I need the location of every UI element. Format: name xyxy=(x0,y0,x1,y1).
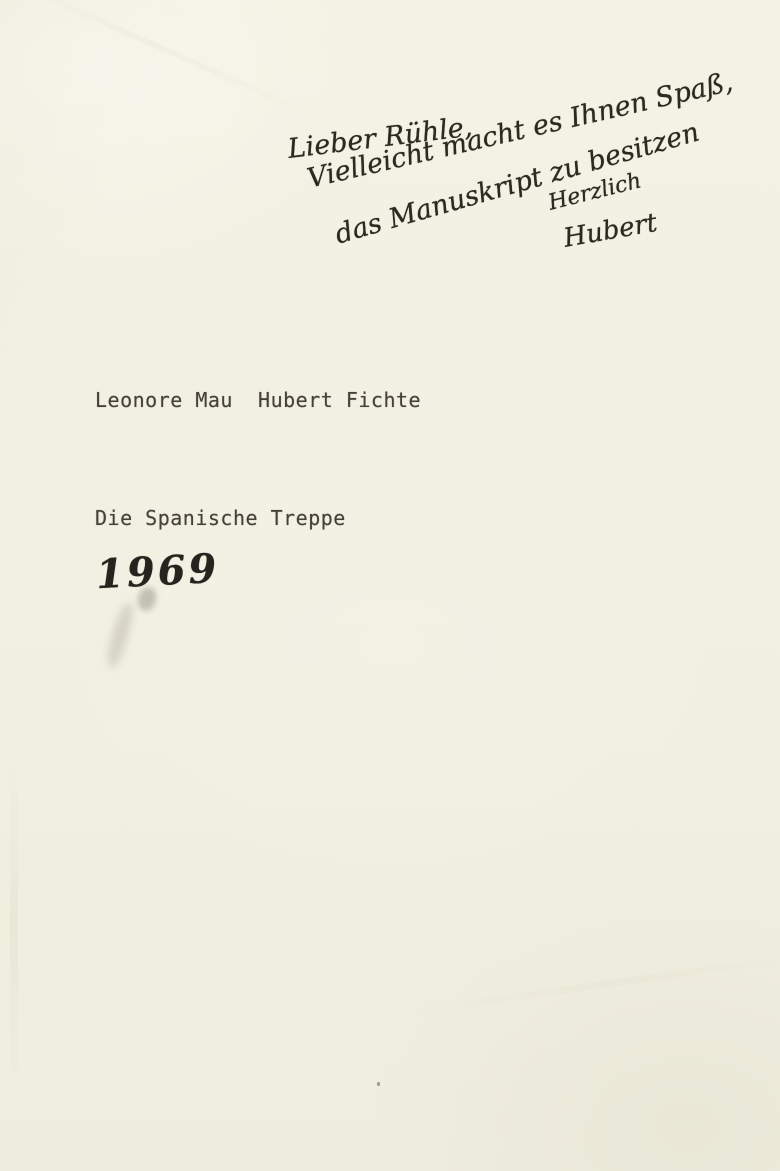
paper-crease xyxy=(10,760,18,1090)
paper-crease xyxy=(382,948,780,1019)
handwritten-year: 1969 xyxy=(95,545,221,598)
dedication-signature: Hubert xyxy=(561,208,659,254)
scanned-title-page: Lieber Rühle, Vielleicht macht es Ihnen … xyxy=(0,0,780,1171)
authors-line: Leonore Mau Hubert Fichte xyxy=(95,388,421,412)
paper-crease xyxy=(0,0,343,131)
paper-speck xyxy=(377,1082,380,1086)
ink-smudge-tail xyxy=(103,601,138,669)
book-title: Die Spanische Treppe xyxy=(95,506,346,530)
